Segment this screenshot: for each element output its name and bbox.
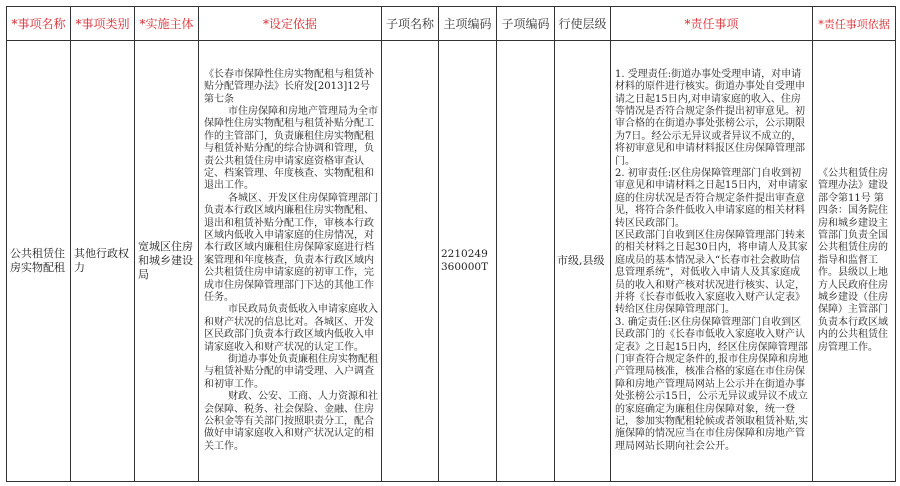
item-category-text: 其他行政权力 xyxy=(71,247,134,275)
item-name-text: 公共租赁住房实物配租 xyxy=(7,247,70,275)
main-item-code-text: 2210249360000T xyxy=(439,248,496,274)
cell-responsibilities: 1. 受理责任:街道办事处受理申请，对申请材料的原件进行核实。街道办事处自受理申… xyxy=(611,41,813,482)
exercise-level-text: 市级,县级 xyxy=(555,255,610,267)
legal-basis-paragraph: 财政、公安、工商、人力资源和社会保障、税务、社会保险、金融、住房公积金等有关部门… xyxy=(204,391,378,453)
cell-item-category: 其他行政权力 xyxy=(71,41,135,482)
legal-basis-paragraph: 各城区、开发区住房保障管理部门负责本行政区域内廉租住房实物配租、退出和租赁补贴分… xyxy=(204,193,378,305)
cell-implementing-body: 宽城区住房和城乡建设局 xyxy=(135,41,199,482)
legal-basis-paragraph: 市民政局负责低收入申请家庭收入和财产状况的信息比对。各城区、开发区民政部门负责本… xyxy=(204,304,378,354)
header-implementing-body: *实施主体 xyxy=(135,7,199,41)
responsibility-civil-affairs: 区民政部门自收到区住房保障管理部门转来的相关材料之日起30日内，将申请人及其家庭… xyxy=(615,230,809,317)
cell-sub-item-code xyxy=(497,41,555,482)
header-exercise-level: 行使层级 xyxy=(555,7,611,41)
header-main-item-code: 主项编码 xyxy=(439,7,497,41)
cell-exercise-level: 市级,县级 xyxy=(555,41,611,482)
header-item-category: *事项类别 xyxy=(71,7,135,41)
header-legal-basis: *设定依据 xyxy=(199,7,382,41)
header-sub-item-code: 子项编码 xyxy=(497,7,555,41)
cell-main-item-code: 2210249360000T xyxy=(439,41,497,482)
cell-responsibility-basis: 《公共租赁住房管理办法》建设部令第11号 第四条：国务院住房和城乡建设主管部门负… xyxy=(813,41,896,482)
header-sub-item-name: 子项名称 xyxy=(382,7,439,41)
cell-legal-basis: 《长春市保障性住房实物配租与租赁补贴分配管理办法》长府发[2013]12号第七条… xyxy=(199,41,382,482)
legal-basis-paragraph: 街道办事处负责廉租住房实物配租与租赁补贴分配的申请受理、入户调查和初审工作。 xyxy=(204,354,378,391)
responsibility-basis-text: 《公共租赁住房管理办法》建设部令第11号 第四条：国务院住房和城乡建设主管部门负… xyxy=(813,168,895,354)
cell-sub-item-name xyxy=(382,41,439,482)
responsibility-list-table: *事项名称 *事项类别 *实施主体 *设定依据 子项名称 主项编码 子项编码 行… xyxy=(6,6,896,482)
cell-item-name: 公共租赁住房实物配租 xyxy=(7,41,71,482)
header-item-name: *事项名称 xyxy=(7,7,71,41)
table-row: 公共租赁住房实物配租 其他行政权力 宽城区住房和城乡建设局 《长春市保障性住房实… xyxy=(7,41,896,482)
header-responsibility-basis: *责任事项依据 xyxy=(813,7,896,41)
responsibility-determination: 3. 确定责任:区住房保障管理部门自收到区民政部门的《长春市低收入家庭收入财产认… xyxy=(615,317,809,453)
responsibility-acceptance: 1. 受理责任:街道办事处受理申请，对申请材料的原件进行核实。街道办事处自受理申… xyxy=(615,69,809,168)
responsibility-preliminary-review: 2. 初审责任:区住房保障管理部门自收到初审意见和申请材料之日起15日内，对申请… xyxy=(615,168,809,230)
header-responsibilities: *责任事项 xyxy=(611,7,813,41)
legal-basis-text: 《长春市保障性住房实物配租与租赁补贴分配管理办法》长府发[2013]12号第七条… xyxy=(199,69,381,454)
implementing-body-text: 宽城区住房和城乡建设局 xyxy=(135,240,198,282)
legal-basis-paragraph: 《长春市保障性住房实物配租与租赁补贴分配管理办法》长府发[2013]12号第七条 xyxy=(204,69,378,106)
header-row: *事项名称 *事项类别 *实施主体 *设定依据 子项名称 主项编码 子项编码 行… xyxy=(7,7,896,41)
legal-basis-paragraph: 市住房保障和房地产管理局为全市保障性住房实物配租与租赁补贴分配工作的主管部门，负… xyxy=(204,106,378,193)
responsibilities-text: 1. 受理责任:街道办事处受理申请，对申请材料的原件进行核实。街道办事处自受理申… xyxy=(611,69,812,454)
